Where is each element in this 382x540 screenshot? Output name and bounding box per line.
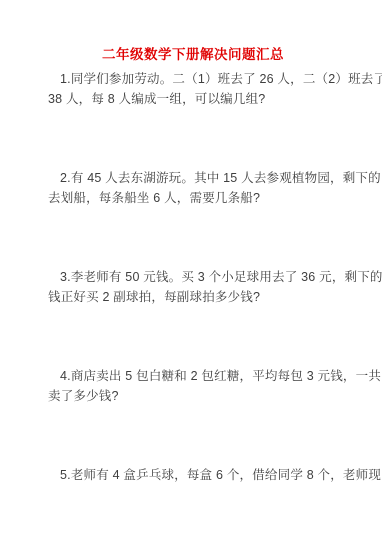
question-paragraph: 1.同学们参加劳动。二（1）班去了 26 人，二（2）班去了38 人，每 8 人… xyxy=(48,69,338,109)
questions-container: 1.同学们参加劳动。二（1）班去了 26 人，二（2）班去了38 人，每 8 人… xyxy=(48,69,338,485)
question-line: 4.商店卖出 5 包白糖和 2 包红糖，平均每包 3 元钱，一共 xyxy=(48,366,338,386)
question-line: 3.李老师有 50 元钱。买 3 个小足球用去了 36 元，剩下的 xyxy=(48,267,338,287)
question-line: 5.老师有 4 盒乒乓球，每盒 6 个，借给同学 8 个，老师现 xyxy=(48,465,338,485)
question-line: 钱正好买 2 副球拍，每副球拍多少钱? xyxy=(48,287,338,307)
question-line: 38 人，每 8 人编成一组，可以编几组? xyxy=(48,89,338,109)
document-title: 二年级数学下册解决问题汇总 xyxy=(48,45,338,65)
question-paragraph: 4.商店卖出 5 包白糖和 2 包红糖，平均每包 3 元钱，一共卖了多少钱? xyxy=(48,366,338,406)
question-paragraph: 5.老师有 4 盒乒乓球，每盒 6 个，借给同学 8 个，老师现 xyxy=(48,465,338,485)
question-paragraph: 3.李老师有 50 元钱。买 3 个小足球用去了 36 元，剩下的钱正好买 2 … xyxy=(48,267,338,307)
question-line: 2.有 45 人去东湖游玩。其中 15 人去参观植物园，剩下的 xyxy=(48,168,338,188)
worksheet-page: 二年级数学下册解决问题汇总 1.同学们参加劳动。二（1）班去了 26 人，二（2… xyxy=(0,0,382,540)
question-line: 卖了多少钱? xyxy=(48,386,338,406)
question-line: 1.同学们参加劳动。二（1）班去了 26 人，二（2）班去了 xyxy=(48,69,338,89)
question-line: 去划船，每条船坐 6 人，需要几条船? xyxy=(48,188,338,208)
question-paragraph: 2.有 45 人去东湖游玩。其中 15 人去参观植物园，剩下的去划船，每条船坐 … xyxy=(48,168,338,208)
